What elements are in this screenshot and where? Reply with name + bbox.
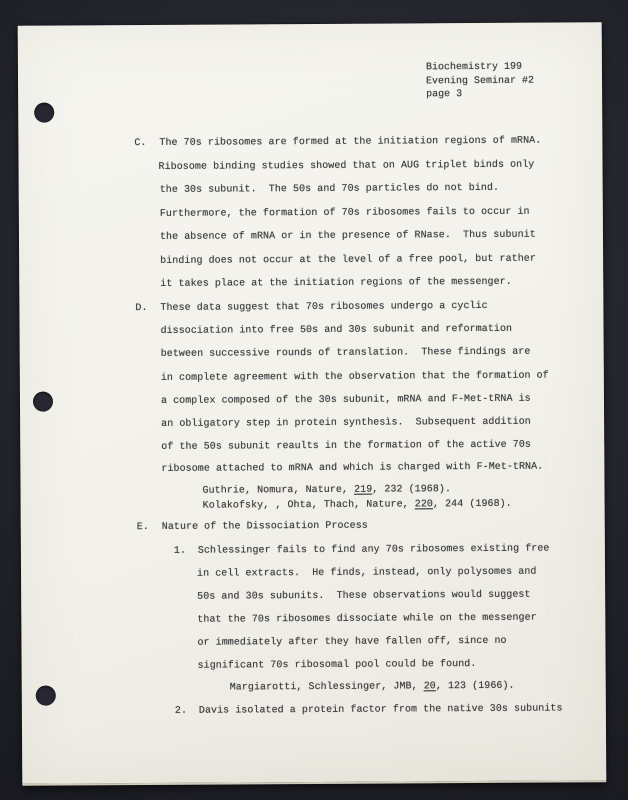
typed-line: the 30s subunit. The 50s and 70s particl…: [160, 183, 499, 197]
text-segment: , 244 (1968).: [433, 499, 512, 510]
text-segment: D.: [135, 303, 147, 314]
reference-line: Margiarotti, Schlessinger, JMB, 20, 123 …: [230, 681, 515, 695]
text-segment: an obligatory step in protein synthesìs.…: [161, 417, 531, 430]
typed-line: Schlessinger fails to find any 70s ribos…: [198, 544, 550, 558]
text-segment: binding does not occur at the level of a…: [160, 254, 536, 267]
typed-line: that the 70s ribosomes dissociate while …: [197, 613, 536, 627]
text-segment: ribosome attached to mRNA and which is c…: [161, 462, 543, 475]
text-segment: or immediately after they have fallen of…: [197, 636, 506, 649]
reference-line: Kolakofsky, , Ohta, Thach, Nature, 220, …: [203, 499, 512, 513]
underlined-volume-number: 220: [415, 499, 433, 510]
header-line: Evening Seminar #2: [426, 74, 534, 88]
text-segment: Margiarotti, Schlessinger, JMB,: [230, 681, 424, 693]
typed-line: between successive rounds of translation…: [161, 347, 531, 361]
text-segment: in cell extracts. He finds, instead, onl…: [197, 567, 536, 580]
typed-line: Davis isolated a protein factor from the…: [199, 703, 563, 717]
text-segment: a complex composed of the 30s subunit, m…: [161, 394, 531, 407]
text-segment: Guthrie, Nomura, Nature,: [202, 485, 354, 497]
typed-line: ribosome attached to mRNA and which is c…: [161, 462, 543, 476]
text-segment: the 30s subunit. The 50s and 70s particl…: [160, 183, 499, 196]
text-segment: Nature of the Dissociation Process: [162, 521, 368, 533]
text-segment: 2.: [175, 706, 187, 717]
punch-hole-top: [34, 103, 54, 123]
typed-line: dissociation into free 50s and 30s subun…: [161, 324, 513, 338]
typed-line: binding does not occur at the level of a…: [160, 254, 536, 268]
text-segment: between successive rounds of translation…: [161, 347, 531, 360]
text-segment: 50s and 30s subunits. These observations…: [197, 590, 530, 603]
list-number-2: 2.: [175, 706, 187, 718]
typed-line: Furthermore, the formation of 70s riboso…: [160, 207, 530, 221]
typed-line: These data suggest that 70s ribosomes un…: [160, 301, 487, 315]
text-segment: The 70s ribosomes are formed at the init…: [159, 136, 541, 149]
text-segment: , 123 (1966).: [436, 681, 515, 692]
list-number-1: 1.: [174, 546, 186, 558]
header-line: page 3: [426, 88, 534, 102]
text-segment: significant 70s ribosomal pool could be …: [198, 659, 477, 672]
section-label-c: C.: [134, 138, 146, 150]
typed-line: The 70s ribosomes are formed at the init…: [159, 136, 541, 150]
text-segment: These data suggest that 70s ribosomes un…: [160, 301, 487, 314]
typed-line: or immediately after they have fallen of…: [197, 636, 506, 650]
text-segment: dissociation into free 50s and 30s subun…: [161, 324, 513, 337]
text-segment: the absence of mRNA or in the presence o…: [160, 230, 536, 243]
text-segment: Schlessinger fails to find any 70s ribos…: [198, 544, 550, 557]
text-segment: that the 70s ribosomes dissociate while …: [197, 613, 536, 626]
text-segment: in complete agreement with the observati…: [161, 371, 549, 384]
text-segment: Ribosome binding studies showed that on …: [159, 160, 535, 173]
text-segment: of the 50s subunit reaults in the format…: [161, 440, 531, 453]
text-segment: it takes place at the initiation regions…: [160, 277, 512, 290]
reference-line: Guthrie, Nomura, Nature, 219, 232 (1968)…: [202, 484, 451, 498]
typed-line: of the 50s subunit reaults in the format…: [161, 440, 531, 454]
text-segment: E.: [137, 522, 149, 533]
typed-line: the absence of mRNA or in the presence o…: [160, 230, 536, 244]
text-segment: C.: [134, 138, 146, 149]
text-segment: Furthermore, the formation of 70s riboso…: [160, 207, 530, 220]
text-segment: , 232 (1968).: [372, 484, 451, 495]
document-page: Biochemistry 199Evening Seminar #2page 3…: [18, 22, 607, 786]
page-header: Biochemistry 199Evening Seminar #2page 3: [426, 61, 534, 102]
section-label-e: E.: [137, 522, 149, 534]
text-segment: Davis isolated a protein factor from the…: [199, 703, 563, 716]
scan-background: Biochemistry 199Evening Seminar #2page 3…: [0, 0, 628, 800]
section-label-d: D.: [135, 303, 147, 315]
typed-line: in complete agreement with the observati…: [161, 371, 549, 385]
typed-line: 50s and 30s subunits. These observations…: [197, 590, 530, 604]
punch-hole-bottom: [36, 686, 56, 706]
typed-line: significant 70s ribosomal pool could be …: [198, 659, 477, 673]
typed-line: it takes place at the initiation regions…: [160, 277, 512, 291]
typed-line: Nature of the Dissociation Process: [162, 521, 368, 534]
text-segment: 1.: [174, 546, 186, 557]
typed-line: Ribosome binding studies showed that on …: [159, 160, 535, 174]
punch-hole-middle: [33, 392, 53, 412]
typed-text-body: C.The 70s ribosomes are formed at the in…: [18, 22, 602, 26]
typed-line: an obligatory step in protein synthesìs.…: [161, 417, 531, 431]
underlined-volume-number: 20: [424, 681, 436, 692]
text-segment: Kolakofsky, , Ohta, Thach, Nature,: [203, 499, 415, 511]
header-line: Biochemistry 199: [426, 61, 534, 75]
typed-line: a complex composed of the 30s subunit, m…: [161, 394, 531, 408]
typed-line: in cell extracts. He finds, instead, onl…: [197, 567, 536, 581]
underlined-volume-number: 219: [354, 485, 372, 496]
